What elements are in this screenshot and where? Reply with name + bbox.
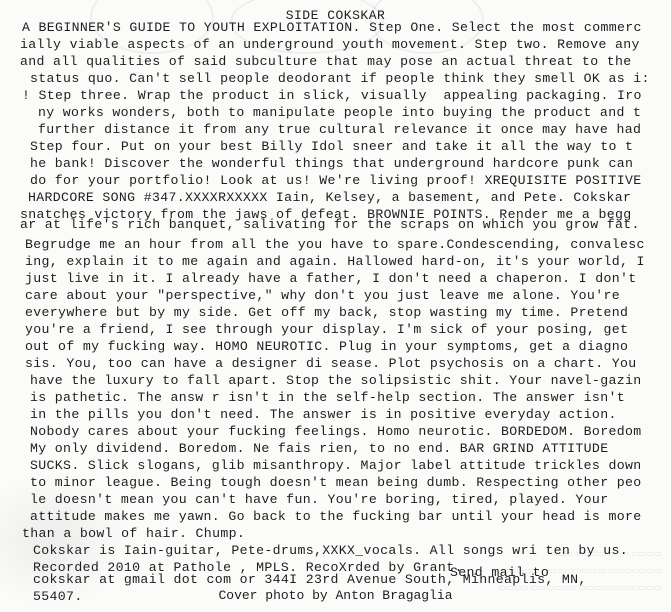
- text-line: My only dividend. Boredom. Ne fais rien,…: [30, 442, 608, 455]
- text-line: attitude makes me yawn. Go back to the f…: [30, 510, 642, 523]
- text-line: have the luxury to fall apart. Stop the …: [30, 374, 642, 387]
- text-line: you're a friend, I see through your disp…: [25, 323, 628, 336]
- text-line: than a bowl of hair. Chump.: [22, 527, 245, 540]
- text-line: Cokskar is Iain-guitar, Pete-drums,XXKX_…: [33, 544, 628, 557]
- text-line: Begrudge me an hour from all the you hav…: [25, 238, 645, 251]
- photo-credit: Cover photo by Anton Bragaglia: [0, 588, 671, 603]
- text-line: care about your "perspective," why don't…: [25, 289, 620, 302]
- text-line: cokskar at gmail dot com or 344I 23rd Av…: [33, 573, 587, 586]
- text-line: A BEGINNER'S GUIDE TO YOUTH EXPLOITATION…: [22, 21, 642, 34]
- text-line: just live in it. I already have a father…: [25, 272, 637, 285]
- text-line: le doesn't mean you can't have fun. You'…: [30, 493, 608, 506]
- text-line: SUCKS. Slick slogans, glib misanthropy. …: [30, 459, 642, 472]
- text-line: ar at life's rich banquet, salivating fo…: [20, 218, 640, 231]
- text-line: is pathetic. The answ r isn't in the sel…: [30, 391, 625, 404]
- text-line: ny works wonders, both to manipulate peo…: [38, 106, 641, 119]
- text-line: he bank! Discover the wonderful things t…: [30, 157, 633, 170]
- text-line: and all qualities of said subculture tha…: [20, 55, 632, 68]
- text-line: ing, explain it to me again and again. H…: [25, 255, 645, 268]
- text-line: to minor league. Being tough doesn't mea…: [30, 476, 642, 489]
- text-line: sis. You, too can have a designer di sea…: [25, 357, 637, 370]
- text-line: do for your portfolio! Look at us! We're…: [30, 174, 642, 187]
- text-line: ! Step three. Wrap the product in slick,…: [22, 89, 642, 102]
- text-line: status quo. Can't sell people deodorant …: [30, 72, 650, 85]
- text-line: further distance it from any true cultur…: [38, 123, 641, 136]
- text-line: Nobody cares about your fucking feelings…: [30, 425, 642, 438]
- text-line: everywhere but by my side. Get off my ba…: [25, 306, 628, 319]
- text-line: HARDCORE SONG #347.XXXXRXXXXX Iain, Kels…: [28, 191, 631, 204]
- text-line: Step four. Put on your best Billy Idol s…: [30, 140, 633, 153]
- text-line: out of my fucking way. HOMO NEUROTIC. Pl…: [25, 340, 628, 353]
- text-line: in the pills you don't need. The answer …: [30, 408, 617, 421]
- text-line: ially viable aspects of an underground y…: [20, 38, 640, 51]
